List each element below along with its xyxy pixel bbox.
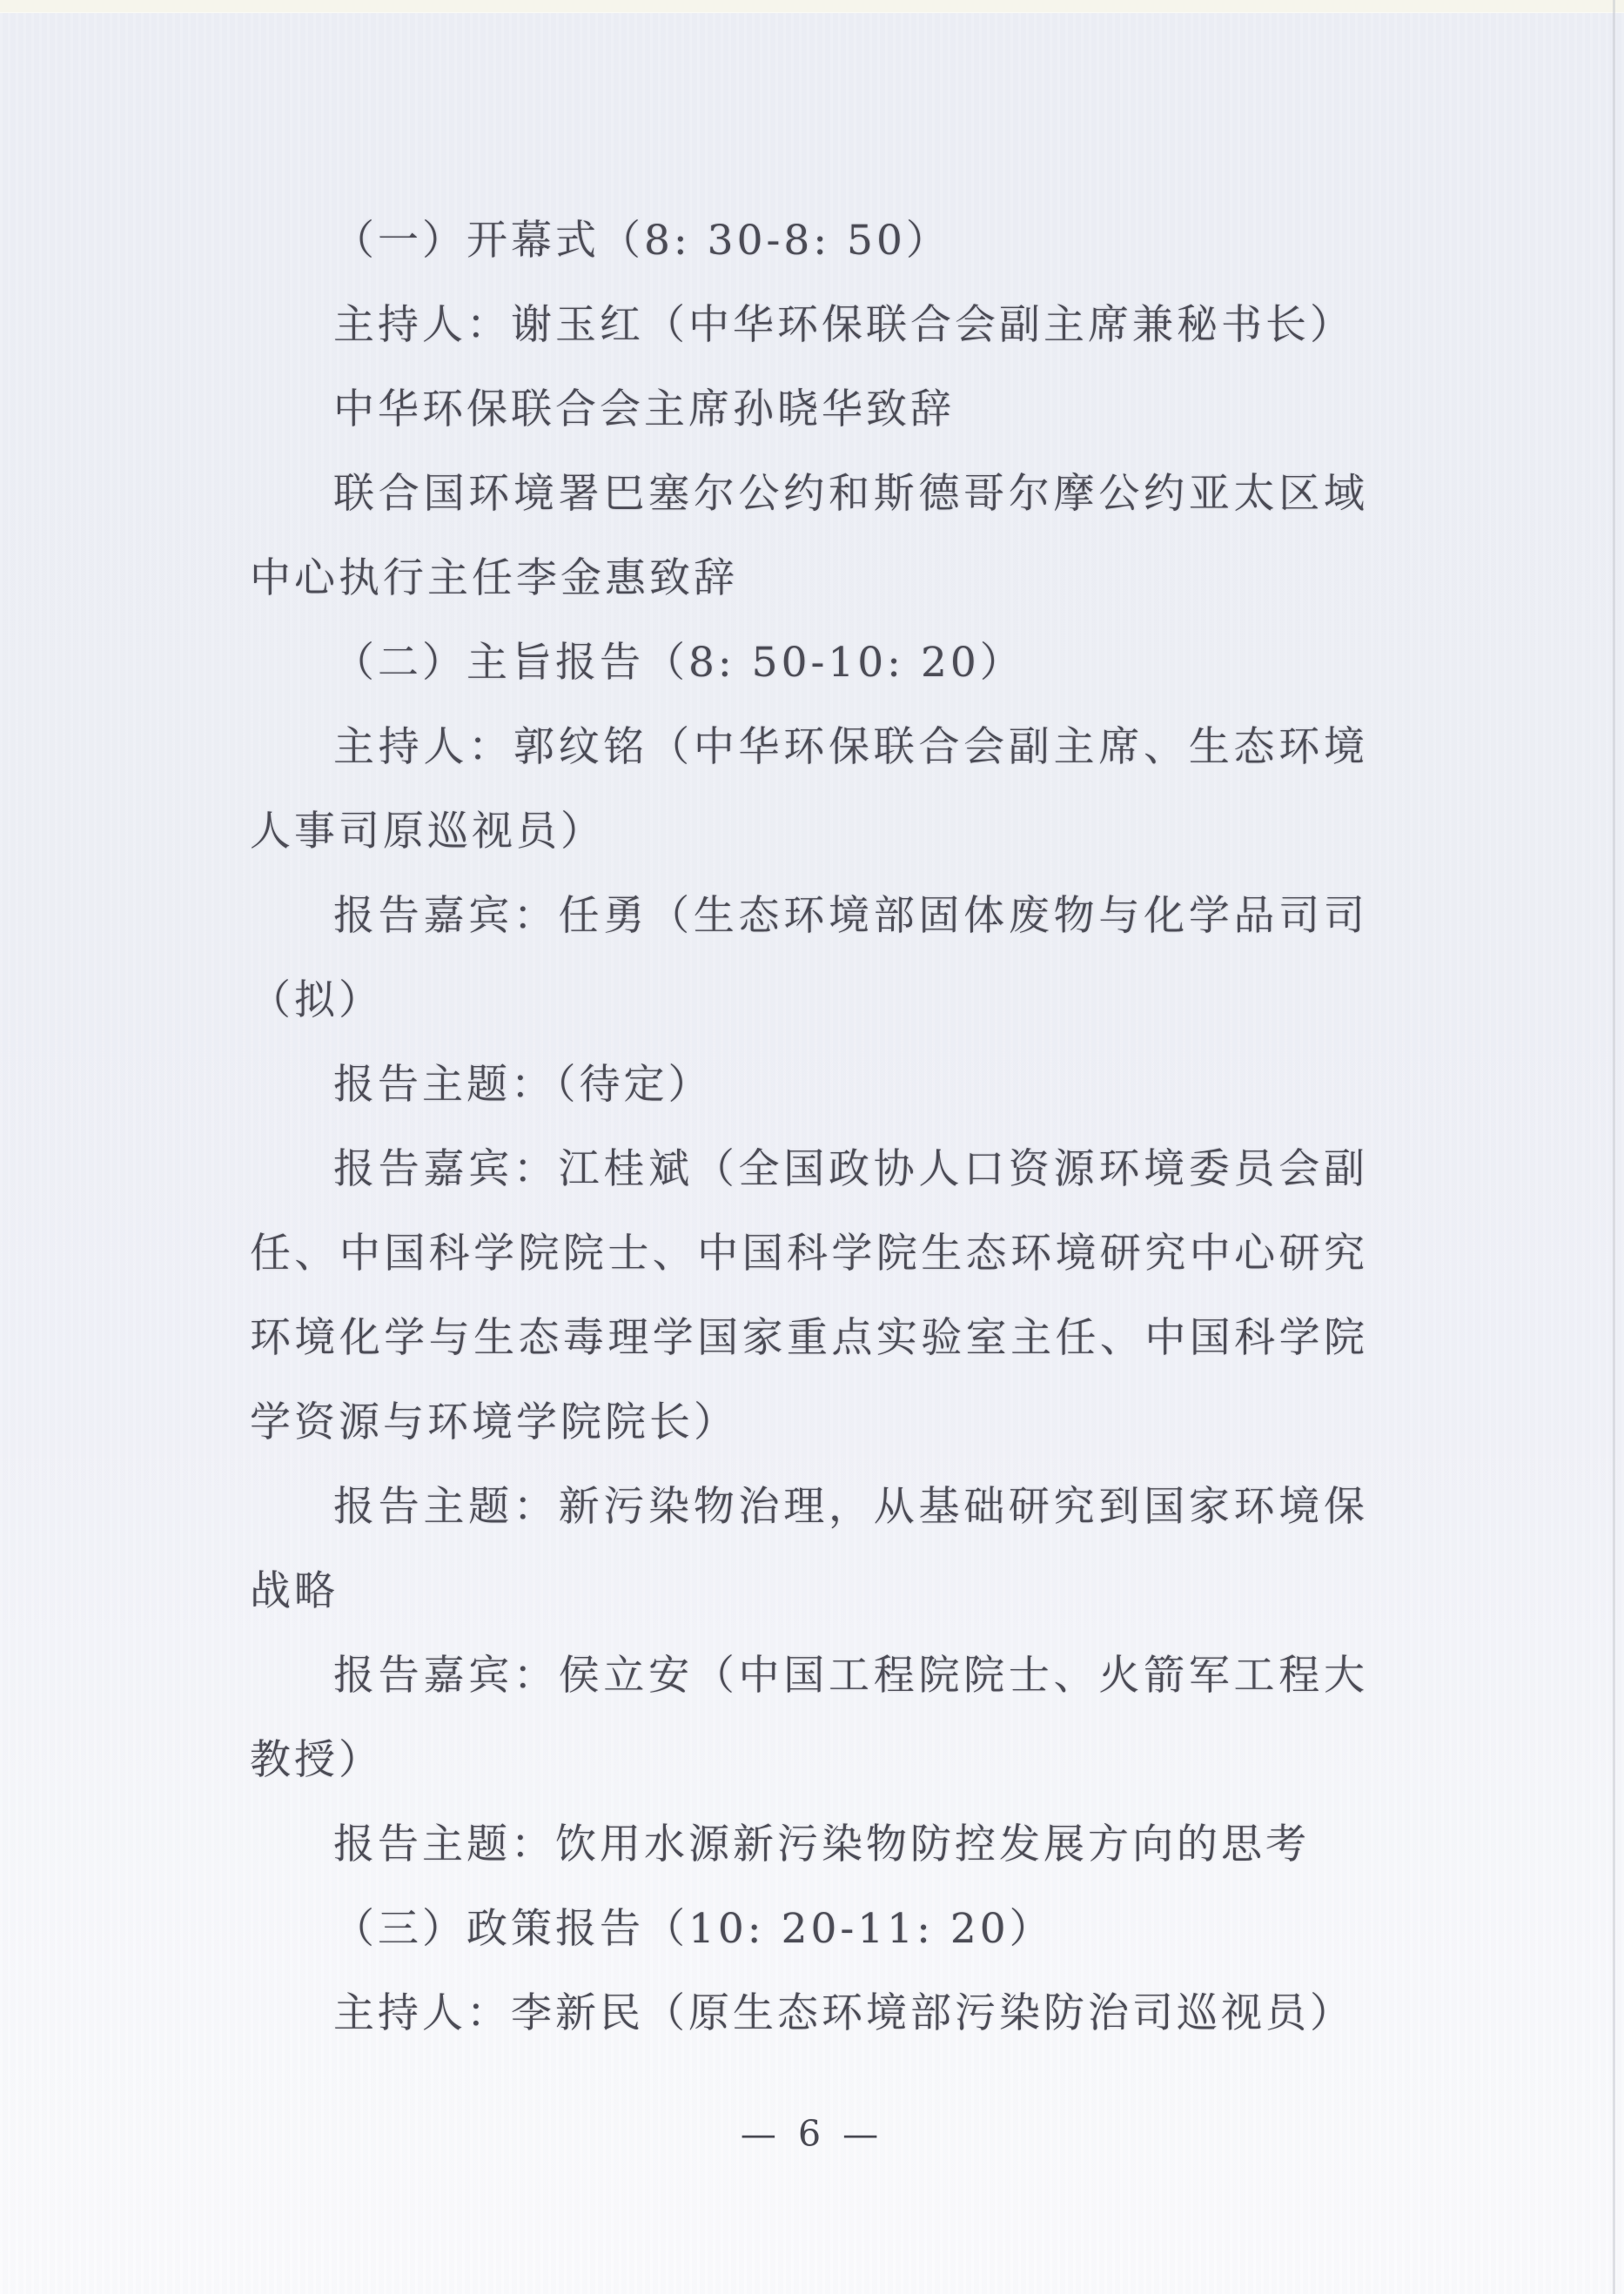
text-line: 主持人：李新民（原生态环境部污染防治司巡视员）: [250, 1971, 1368, 2056]
text-line: （二）主旨报告（8: 50-10: 20）: [250, 620, 1368, 705]
text-line: 报告主题：（待定）: [250, 1043, 1368, 1127]
text-line: 环境化学与生态毒理学国家重点实验室主任、中国科学院大: [250, 1296, 1368, 1380]
text-line: （一）开幕式（8: 30-8: 50）: [250, 198, 1368, 283]
text-line: 报告嘉宾：江桂斌（全国政协人口资源环境委员会副主: [250, 1127, 1368, 1211]
scan-top-edge: [0, 0, 1624, 13]
text-line: 人事司原巡视员）: [250, 789, 1368, 874]
text-line: 教授）: [250, 1718, 1368, 1802]
text-line: （拟）: [250, 958, 1368, 1043]
page-number: — 6 —: [0, 2113, 1624, 2155]
text-line: 中华环保联合会主席孙晓华致辞: [250, 367, 1368, 452]
text-line: 联合国环境署巴塞尔公约和斯德哥尔摩公约亚太区域: [250, 452, 1368, 536]
text-line: （三）政策报告（10: 20-11: 20）: [250, 1887, 1368, 1971]
text-line: 中心执行主任李金惠致辞: [250, 536, 1368, 620]
scan-right-edge-line: [1613, 0, 1615, 2294]
document-body: （一）开幕式（8: 30-8: 50）主持人：谢玉红（中华环保联合会副主席兼秘书…: [250, 198, 1368, 2056]
text-line: 报告主题：新污染物治理，从基础研究到国家环境保护: [250, 1465, 1368, 1549]
text-line: 战略: [250, 1549, 1368, 1633]
text-line: 主持人：郭纹铭（中华环保联合会副主席、生态环境部: [250, 705, 1368, 789]
text-line: 报告嘉宾：侯立安（中国工程院院士、火箭军工程大学: [250, 1633, 1368, 1718]
text-line: 报告嘉宾：任勇（生态环境部固体废物与化学品司司长）: [250, 874, 1368, 958]
text-line: 报告主题：饮用水源新污染物防控发展方向的思考: [250, 1802, 1368, 1887]
text-line: 学资源与环境学院院长）: [250, 1380, 1368, 1465]
text-line: 主持人：谢玉红（中华环保联合会副主席兼秘书长）: [250, 283, 1368, 367]
scanned-document-page: （一）开幕式（8: 30-8: 50）主持人：谢玉红（中华环保联合会副主席兼秘书…: [0, 0, 1624, 2294]
text-line: 任、中国科学院院士、中国科学院生态环境研究中心研究员、: [250, 1211, 1368, 1296]
